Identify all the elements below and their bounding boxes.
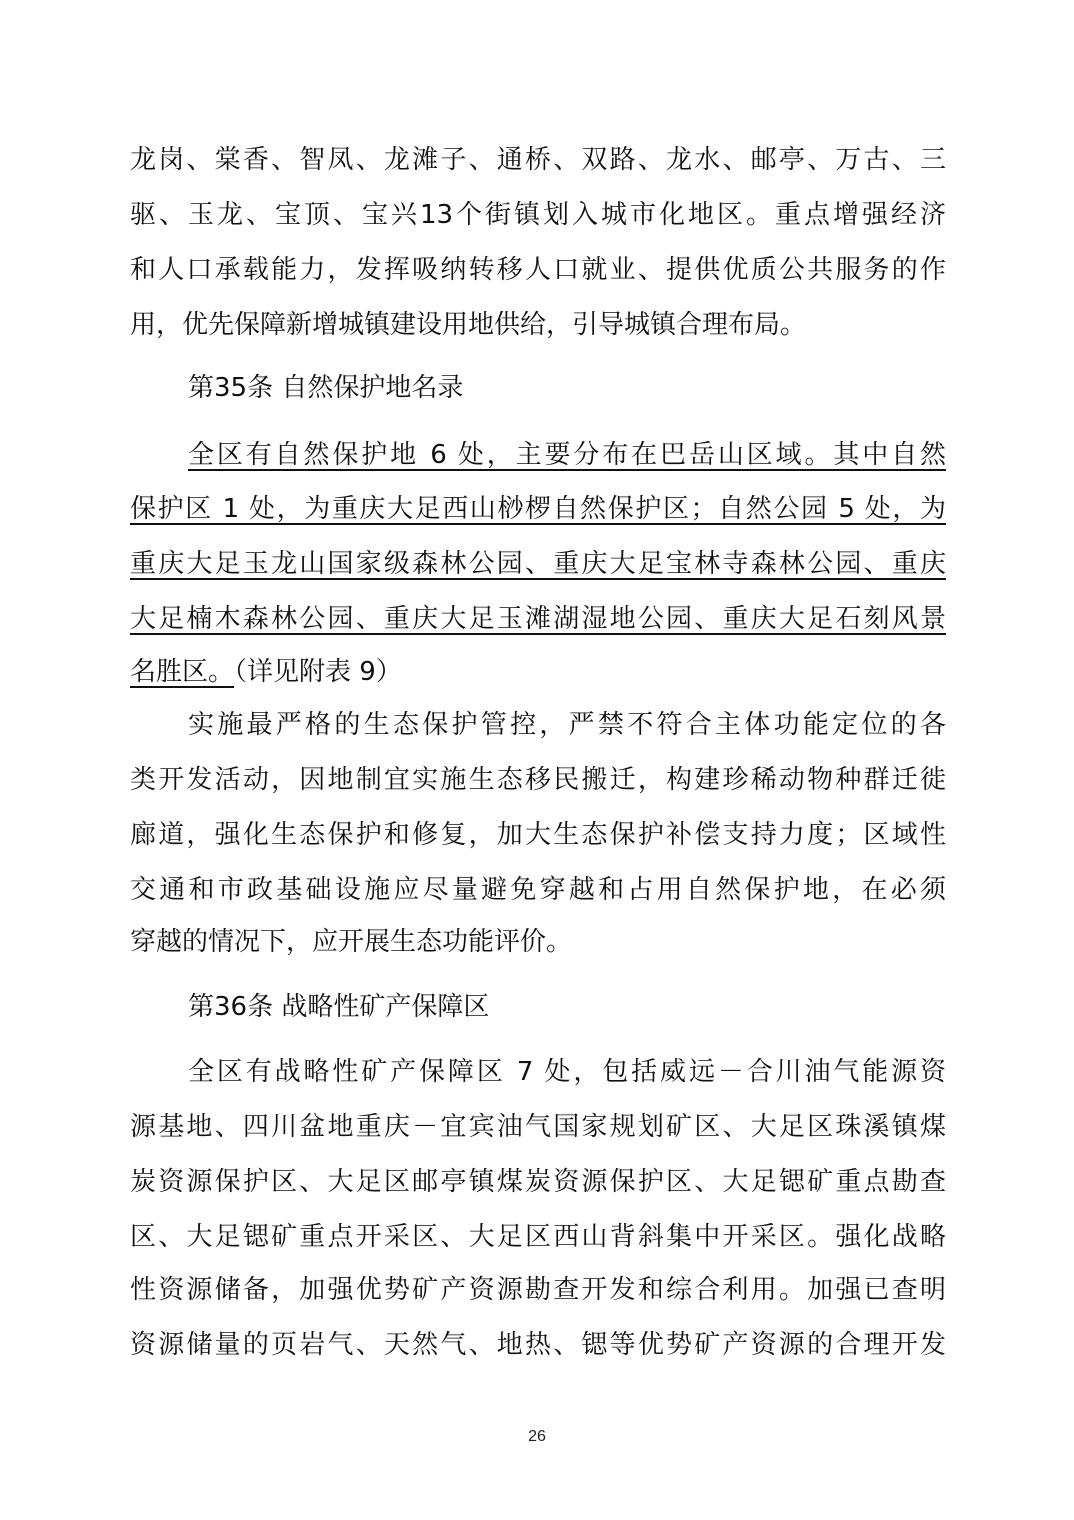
body-line: 穿越的情况下，应开展生态功能评价。	[130, 925, 946, 959]
body-line: 实施最严格的生态保护管控，严禁不符合主体功能定位的各	[130, 708, 946, 742]
body-line: 全区有战略性矿产保障区 7 处，包括威远－合川油气能源资	[130, 1055, 946, 1089]
underlined-text: 名胜区。	[130, 657, 234, 687]
underlined-line: 大足楠木森林公园、重庆大足玉滩湖湿地公园、重庆大足石刻风景	[130, 602, 946, 636]
body-line: 交通和市政基础设施应尽量避免穿越和占用自然保护地，在必须	[130, 873, 946, 907]
body-line: 炭资源保护区、大足区邮亭镇煤炭资源保护区、大足锶矿重点勘查	[130, 1165, 946, 1199]
body-line: 区、大足锶矿重点开采区、大足区西山背斜集中开采区。强化战略	[130, 1220, 946, 1254]
underlined-line: 全区有自然保护地 6 处，主要分布在巴岳山区域。其中自然	[130, 438, 946, 472]
underlined-text: 大足楠木森林公园、重庆大足玉滩湖湿地公园、重庆大足石刻风景	[130, 604, 946, 634]
page-number: 26	[0, 1428, 1074, 1446]
underlined-text: 重庆大足玉龙山国家级森林公园、重庆大足宝林寺森林公园、重庆	[130, 549, 946, 579]
body-line: 源基地、四川盆地重庆－宜宾油气国家规划矿区、大足区珠溪镇煤	[130, 1110, 946, 1144]
underlined-line: 重庆大足玉龙山国家级森林公园、重庆大足宝林寺森林公园、重庆	[130, 547, 946, 581]
underlined-text: 全区有自然保护地 6 处，主要分布在巴岳山区域。其中自然	[188, 440, 946, 470]
body-line: 用，优先保障新增城镇建设用地供给，引导城镇合理布局。	[130, 308, 946, 342]
article-36-heading: 第36条 战略性矿产保障区	[130, 990, 946, 1024]
body-line: 龙岗、棠香、智凤、龙滩子、通桥、双路、龙水、邮亭、万古、三	[130, 143, 946, 177]
body-line: 资源储量的页岩气、天然气、地热、锶等优势矿产资源的合理开发	[130, 1328, 946, 1362]
body-line: 性资源储备，加强优势矿产资源勘查开发和综合利用。加强已查明	[130, 1273, 946, 1307]
body-line: 名胜区。（详见附表 9）	[130, 655, 946, 689]
body-line: 驱、玉龙、宝顶、宝兴13个街镇划入城市化地区。重点增强经济	[130, 198, 946, 232]
underlined-text: 保护区 1 处，为重庆大足西山桫椤自然保护区；自然公园 5 处，为	[130, 494, 946, 524]
body-line: 类开发活动，因地制宜实施生态移民搬迁，构建珍稀动物种群迁徙	[130, 763, 946, 797]
underlined-line: 保护区 1 处，为重庆大足西山桫椤自然保护区；自然公园 5 处，为	[130, 492, 946, 526]
appendix-reference: （详见附表 9）	[234, 657, 402, 687]
body-line: 廊道，强化生态保护和修复，加大生态保护补偿支持力度；区域性	[130, 818, 946, 852]
article-35-heading: 第35条 自然保护地名录	[130, 371, 946, 405]
body-line: 和人口承载能力，发挥吸纳转移人口就业、提供优质公共服务的作	[130, 253, 946, 287]
